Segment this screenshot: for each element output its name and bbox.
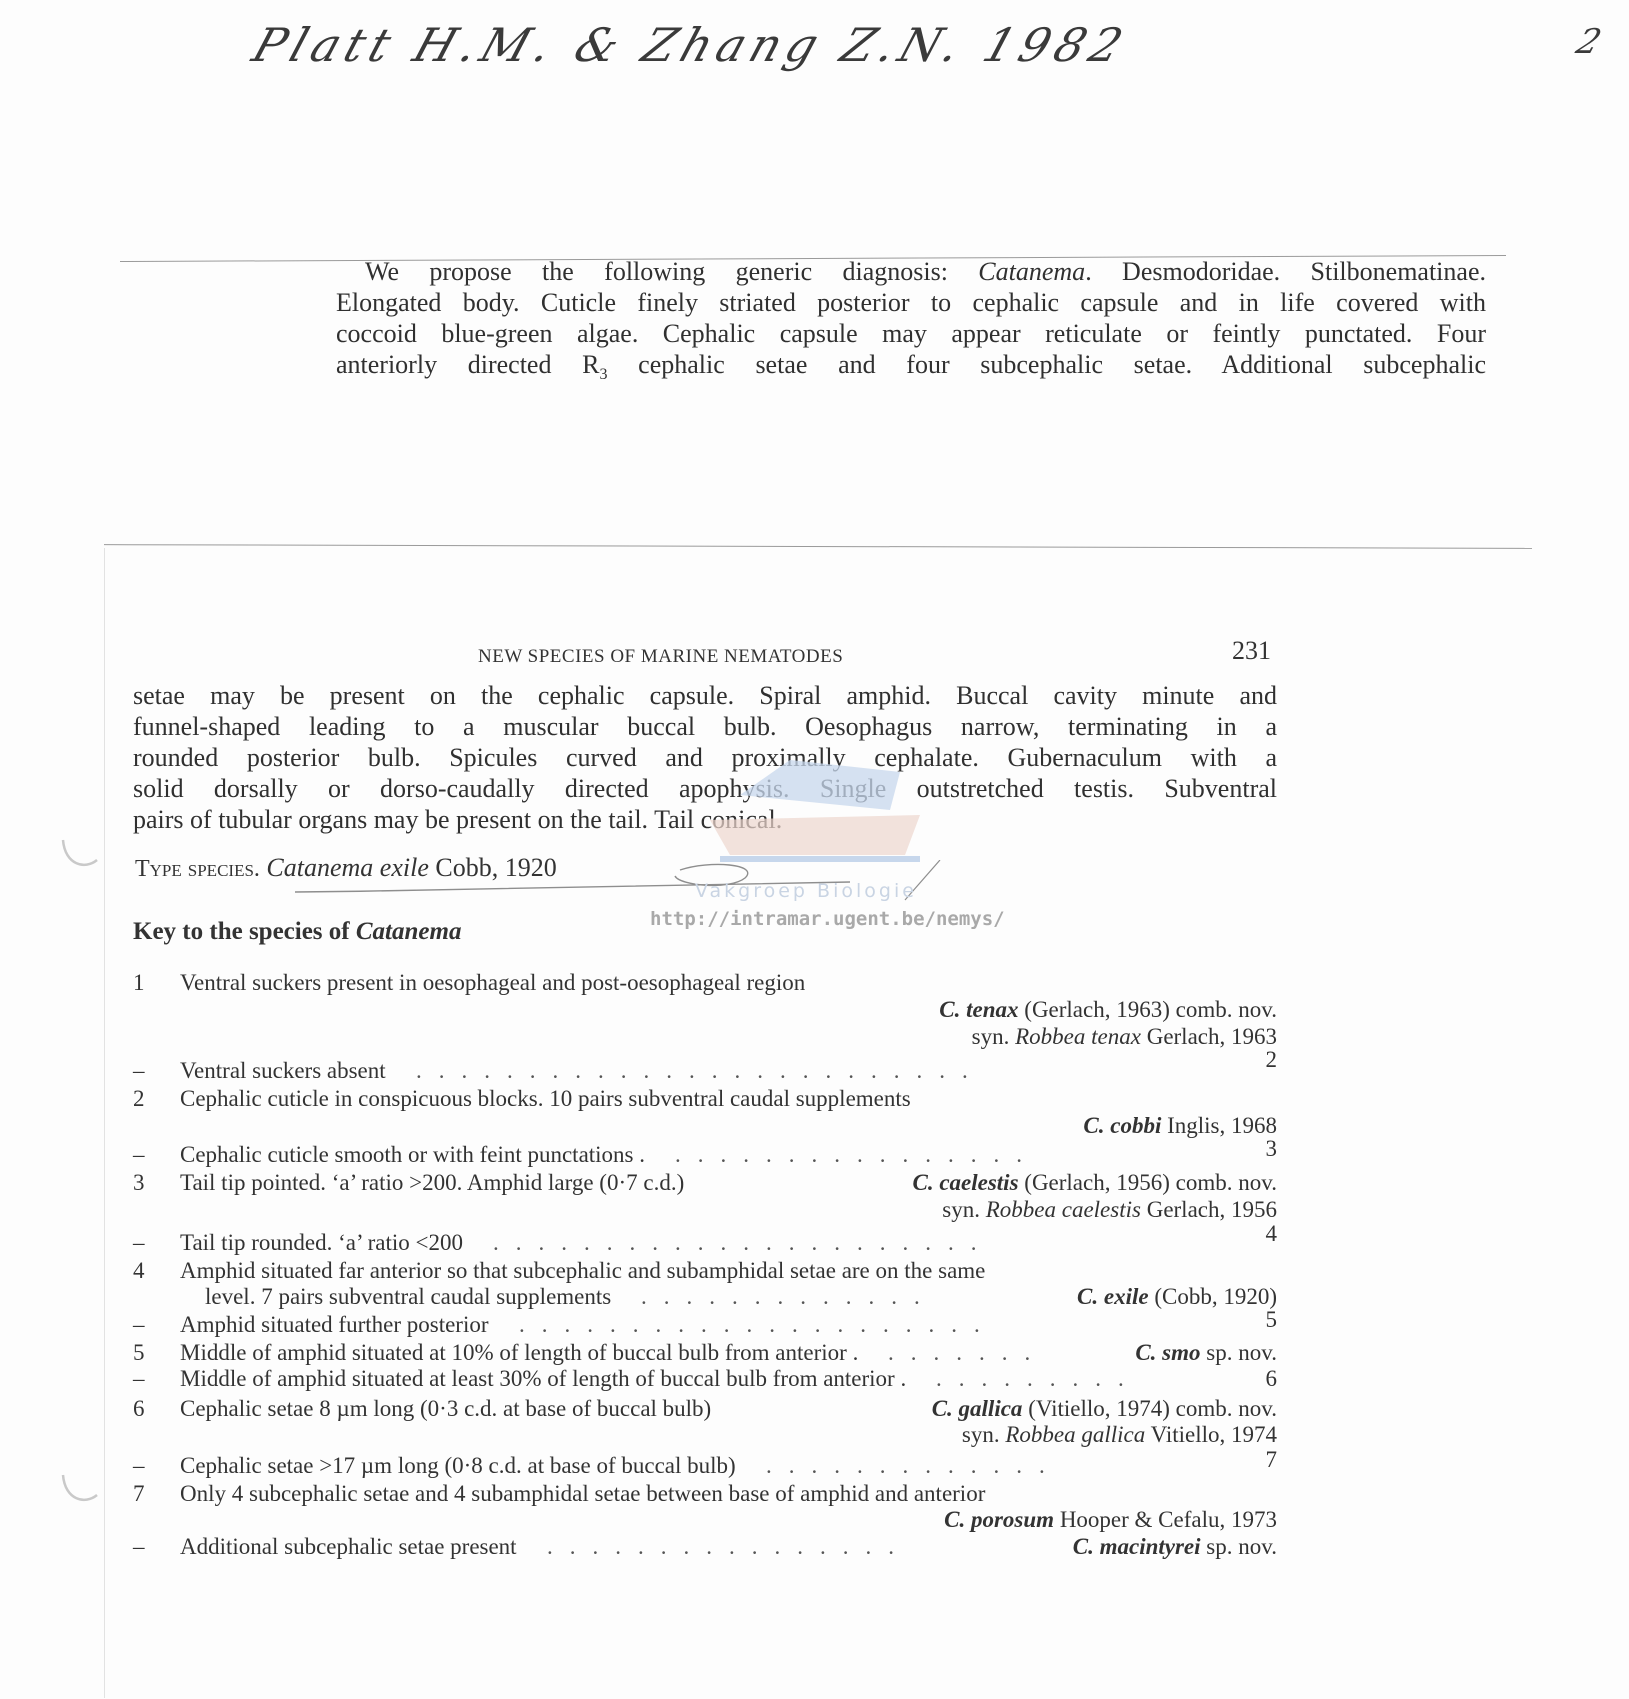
species-name: Robbea gallica	[1005, 1422, 1145, 1447]
key-result: syn. Robbea caelestis Gerlach, 1956	[942, 1197, 1277, 1223]
key-row: –Additional subcephalic setae presentC. …	[133, 1534, 1277, 1560]
key-row: –Amphid situated further posterior......…	[133, 1312, 1277, 1338]
leader-dots: .........	[936, 1366, 1141, 1392]
key-couplet-number: 6	[133, 1396, 153, 1422]
key-couplet-number: 7	[133, 1481, 153, 1507]
species-name: C. smo	[1135, 1340, 1200, 1365]
key-result: C. porosum Hooper & Cefalu, 1973	[944, 1507, 1277, 1533]
excerpt-line: anteriorly directed R3 cephalic setae an…	[336, 349, 1486, 380]
key-couplet-number: 3	[133, 1170, 153, 1196]
key-row: C. porosum Hooper & Cefalu, 1973	[133, 1507, 1277, 1533]
key-couplet-text: Cephalic cuticle smooth or with feint pu…	[180, 1142, 645, 1168]
excerpt-line: coccoid blue-green algae. Cephalic capsu…	[336, 318, 1486, 349]
binder-hole-mark	[55, 835, 105, 875]
handwritten-citation: Platt H.M. & Zhang Z.N. 1982	[246, 18, 1135, 72]
running-head: NEW SPECIES OF MARINE NEMATODES	[478, 646, 843, 668]
key-result: C. caelestis (Gerlach, 1956) comb. nov.	[912, 1170, 1277, 1196]
watermark-logo	[700, 760, 940, 870]
leader-dots: ................	[547, 1534, 911, 1560]
leader-dots: .....................	[519, 1312, 997, 1338]
key-couplet-text: Amphid situated far anterior so that sub…	[180, 1258, 985, 1284]
handwritten-page-number: 2	[1572, 22, 1607, 62]
key-couplet-text: Cephalic cuticle in conspicuous blocks. …	[180, 1086, 911, 1112]
key-row: 5Middle of amphid situated at 10% of len…	[133, 1340, 1277, 1366]
species-name: C. macintyrei	[1073, 1534, 1201, 1559]
key-row: –Ventral suckers absent.................…	[133, 1058, 1277, 1084]
key-couplet-number: –	[133, 1534, 153, 1560]
key-couplet-text: Amphid situated further posterior	[180, 1312, 489, 1338]
key-couplet-text: Ventral suckers present in oesophageal a…	[180, 970, 805, 996]
key-couplet-text: Cephalic setae 8 µm long (0·3 c.d. at ba…	[180, 1396, 711, 1422]
key-result: C. gallica (Vitiello, 1974) comb. nov.	[932, 1396, 1277, 1422]
key-couplet-number: –	[133, 1142, 153, 1168]
leader-dots: ................	[675, 1142, 1039, 1168]
key-row: 2Cephalic cuticle in conspicuous blocks.…	[133, 1086, 1277, 1112]
key-row: 4Amphid situated far anterior so that su…	[133, 1258, 1277, 1284]
species-name: Robbea caelestis	[986, 1197, 1141, 1222]
key-couplet-text: Tail tip rounded. ‘a’ ratio <200	[180, 1230, 463, 1256]
leader-dots: .......	[888, 1340, 1047, 1366]
key-row: –Cephalic cuticle smooth or with feint p…	[133, 1142, 1277, 1168]
key-row: –Cephalic setae >17 µm long (0·8 c.d. at…	[133, 1453, 1277, 1479]
key-row: –Middle of amphid situated at least 30% …	[133, 1366, 1277, 1392]
key-heading: Key to the species of Catanema	[133, 918, 461, 946]
species-name: C. exile	[1077, 1284, 1149, 1309]
leader-dots: ......................	[493, 1230, 994, 1256]
key-couplet-number: –	[133, 1366, 153, 1392]
page-left-edge	[104, 548, 105, 1698]
key-couplet-number: –	[133, 1058, 153, 1084]
key-row: C. tenax (Gerlach, 1963) comb. nov.	[133, 997, 1277, 1023]
key-row: –Tail tip rounded. ‘a’ ratio <200.......…	[133, 1230, 1277, 1256]
binder-hole-mark	[55, 1470, 105, 1510]
excerpt-line: Elongated body. Cuticle finely striated …	[336, 287, 1486, 318]
key-result: C. tenax (Gerlach, 1963) comb. nov.	[939, 997, 1277, 1023]
diagnosis-excerpt: We propose the following generic diagnos…	[336, 256, 1486, 380]
key-result: C. smo sp. nov.	[1135, 1340, 1277, 1366]
type-species-label: Type species.	[135, 856, 260, 882]
key-couplet-text: Middle of amphid situated at 10% of leng…	[180, 1340, 858, 1366]
key-row: 6Cephalic setae 8 µm long (0·3 c.d. at b…	[133, 1396, 1277, 1422]
key-couplet-text: Tail tip pointed. ‘a’ ratio >200. Amphid…	[180, 1170, 684, 1196]
key-couplet-text: Middle of amphid situated at least 30% o…	[180, 1366, 906, 1392]
leader-dots: .............	[766, 1453, 1062, 1479]
key-couplet-number: 4	[133, 1258, 153, 1284]
key-couplet-number: –	[133, 1453, 153, 1479]
key-row: 7Only 4 subcephalic setae and 4 subamphi…	[133, 1481, 1277, 1507]
key-row: 1Ventral suckers present in oesophageal …	[133, 970, 1277, 996]
body-line: setae may be present on the cephalic cap…	[133, 680, 1277, 711]
key-row: 3Tail tip pointed. ‘a’ ratio >200. Amphi…	[133, 1170, 1277, 1196]
excerpt-line: We propose the following generic diagnos…	[336, 256, 1486, 287]
page-number: 231	[1232, 636, 1271, 666]
species-name: C. cobbi	[1083, 1113, 1161, 1138]
species-name: C. tenax	[939, 997, 1018, 1022]
key-result: 6	[1266, 1366, 1278, 1392]
watermark-name: Vakgroep Biologie	[695, 880, 917, 902]
key-couplet-number: 1	[133, 970, 153, 996]
key-result: syn. Robbea gallica Vitiello, 1974	[962, 1422, 1277, 1448]
body-line: funnel-shaped leading to a muscular bucc…	[133, 711, 1277, 742]
key-result: C. macintyrei sp. nov.	[1073, 1534, 1277, 1560]
species-name: C. gallica	[932, 1396, 1023, 1421]
key-couplet-number: –	[133, 1230, 153, 1256]
watermark-url: http://intramar.ugent.be/nemys/	[650, 908, 1005, 930]
key-couplet-number: 5	[133, 1340, 153, 1366]
key-couplet-number: 2	[133, 1086, 153, 1112]
species-name: C. caelestis	[912, 1170, 1018, 1195]
key-row: syn. Robbea caelestis Gerlach, 1956	[133, 1197, 1277, 1223]
key-couplet-text: Ventral suckers absent	[180, 1058, 386, 1084]
key-couplet-text: Only 4 subcephalic setae and 4 subamphid…	[180, 1481, 985, 1507]
key-couplet-number: –	[133, 1312, 153, 1338]
key-row: syn. Robbea gallica Vitiello, 1974	[133, 1422, 1277, 1448]
leader-dots: .........................	[416, 1058, 985, 1084]
key-couplet-text: Additional subcephalic setae present	[180, 1534, 517, 1560]
key-couplet-text: Cephalic setae >17 µm long (0·8 c.d. at …	[180, 1453, 736, 1479]
species-name: C. porosum	[944, 1507, 1054, 1532]
species-name: Robbea tenax	[1015, 1024, 1141, 1049]
clipping-bottom-edge	[104, 544, 1532, 549]
